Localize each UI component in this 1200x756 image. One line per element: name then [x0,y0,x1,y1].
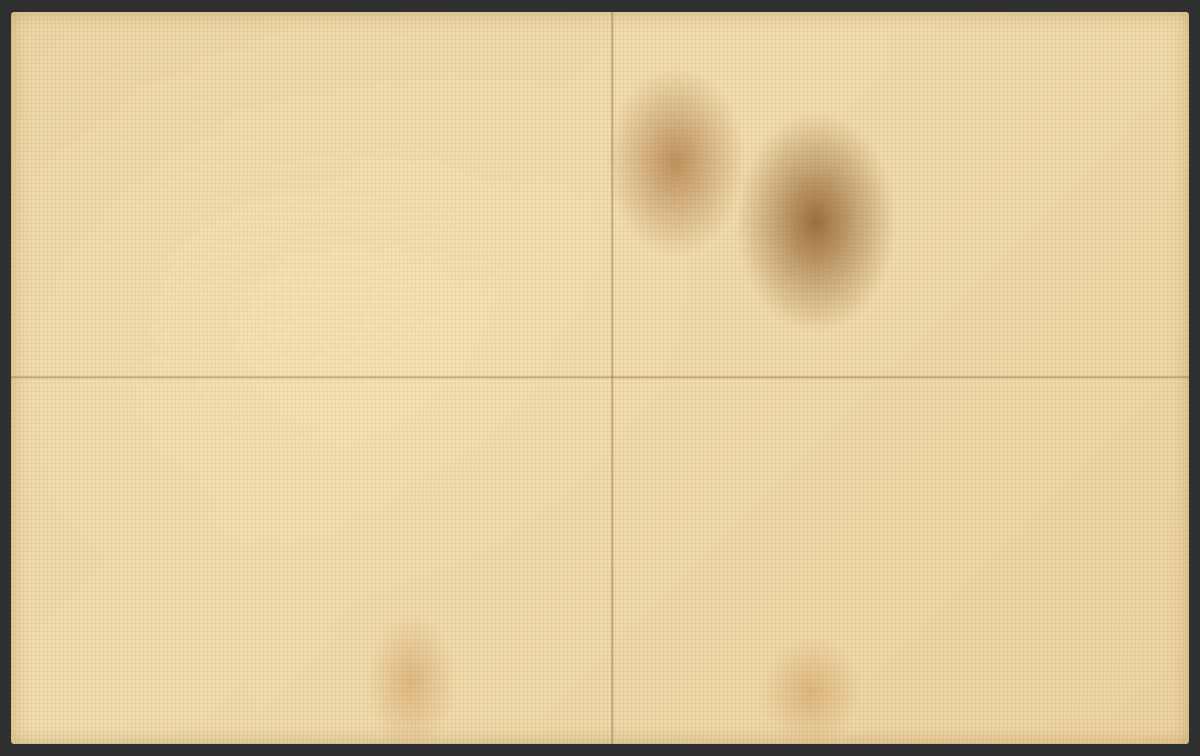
horizontal-fold-crease [11,376,1189,379]
aged-paper [11,12,1189,744]
